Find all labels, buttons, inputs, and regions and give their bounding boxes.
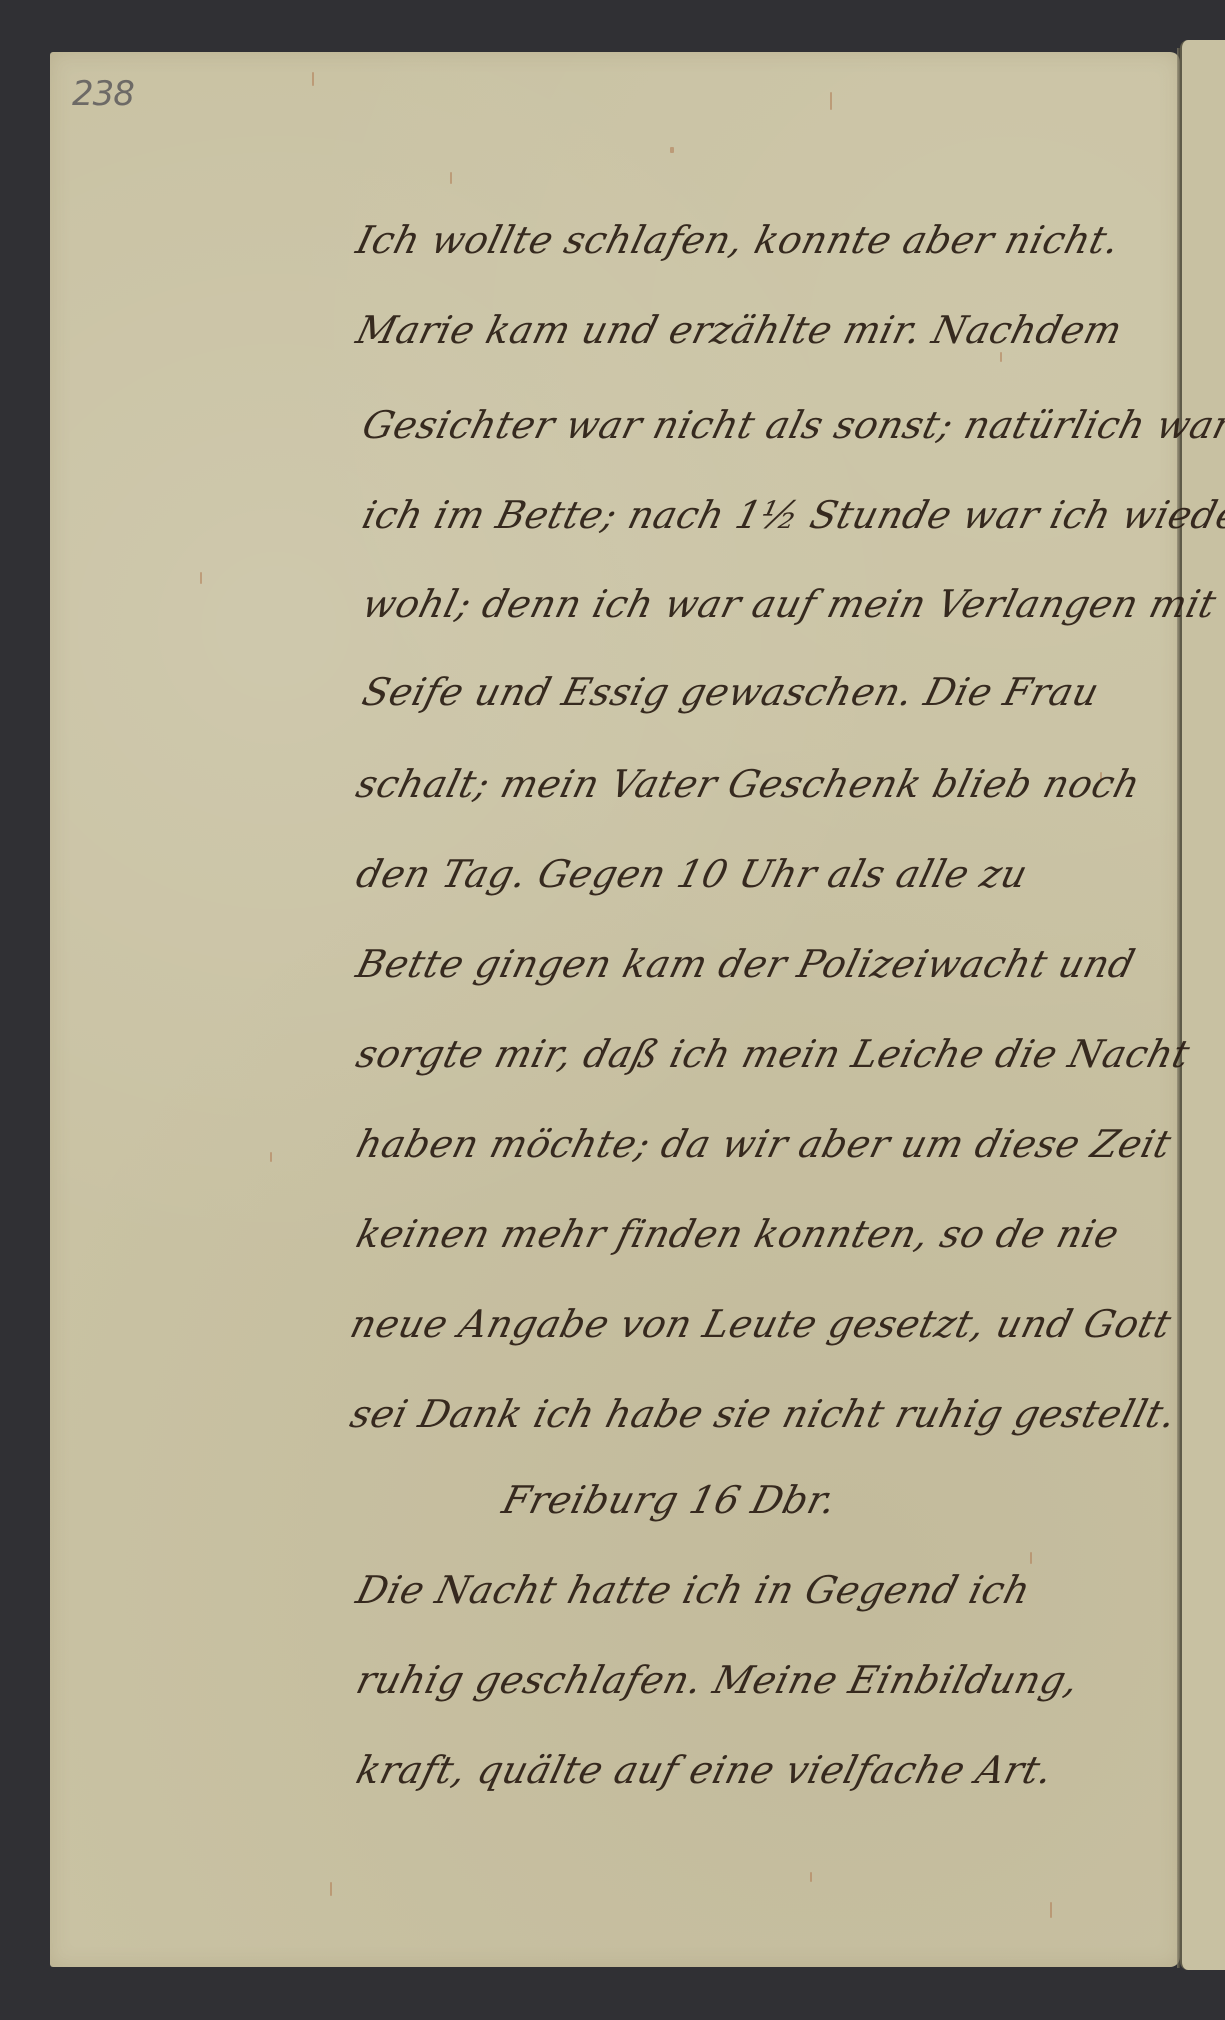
paper-fiber bbox=[200, 572, 202, 584]
manuscript-line: ich im Bette; nach 1½ Stunde war ich wie… bbox=[358, 493, 1225, 537]
manuscript-line: neue Angabe von Leute gesetzt, und Gott bbox=[346, 1302, 1176, 1346]
manuscript-line: keinen mehr finden konnten, so de nie bbox=[352, 1212, 1124, 1256]
paper-fiber bbox=[270, 1152, 272, 1162]
paper-fiber bbox=[1000, 352, 1002, 362]
paper-fiber bbox=[312, 72, 314, 86]
manuscript-line: Bette gingen kam der Polizeiwacht und bbox=[352, 942, 1140, 986]
dateline: Freiburg 16 Dbr. bbox=[498, 1478, 841, 1522]
manuscript-line: Ich wollte schlafen, konnte aber nicht. bbox=[352, 218, 1124, 262]
manuscript-line: sei Dank ich habe sie nicht ruhig gestel… bbox=[346, 1392, 1181, 1436]
folio-number: 238 bbox=[72, 74, 134, 114]
manuscript-line: den Tag. Gegen 10 Uhr als alle zu bbox=[352, 852, 1032, 896]
adjacent-page-edge bbox=[1180, 40, 1225, 1970]
manuscript-line: ruhig geschlafen. Meine Einbildung, bbox=[352, 1658, 1083, 1702]
paper-fiber bbox=[450, 172, 452, 184]
manuscript-line: Gesichter war nicht als sonst; natürlich… bbox=[358, 403, 1225, 447]
paper-fiber bbox=[1050, 1902, 1052, 1918]
manuscript-line: Seife und Essig gewaschen. Die Frau bbox=[358, 670, 1104, 714]
paper-fiber bbox=[1030, 1552, 1032, 1564]
manuscript-line: kraft, quälte auf eine vielfache Art. bbox=[352, 1748, 1057, 1792]
manuscript-line: wohl; denn ich war auf mein Verlangen mi… bbox=[358, 582, 1221, 626]
paper-fiber bbox=[670, 147, 674, 153]
paper-fiber bbox=[810, 1872, 812, 1882]
manuscript-line: Die Nacht hatte ich in Gegend ich bbox=[352, 1568, 1035, 1612]
scan-background: 238 Ich wollte schlafen, konnte aber nic… bbox=[0, 0, 1225, 2020]
paper-fiber bbox=[830, 92, 832, 110]
paper-fiber bbox=[330, 1882, 332, 1896]
manuscript-line: haben möchte; da wir aber um diese Zeit bbox=[352, 1122, 1176, 1166]
gutter-line bbox=[1177, 48, 1180, 1968]
manuscript-line: sorgte mir, daß ich mein Leiche die Nach… bbox=[352, 1032, 1194, 1076]
manuscript-line: Marie kam und erzählte mir. Nachdem bbox=[352, 308, 1127, 352]
manuscript-line: schalt; mein Vater Geschenk blieb noch bbox=[352, 762, 1145, 806]
